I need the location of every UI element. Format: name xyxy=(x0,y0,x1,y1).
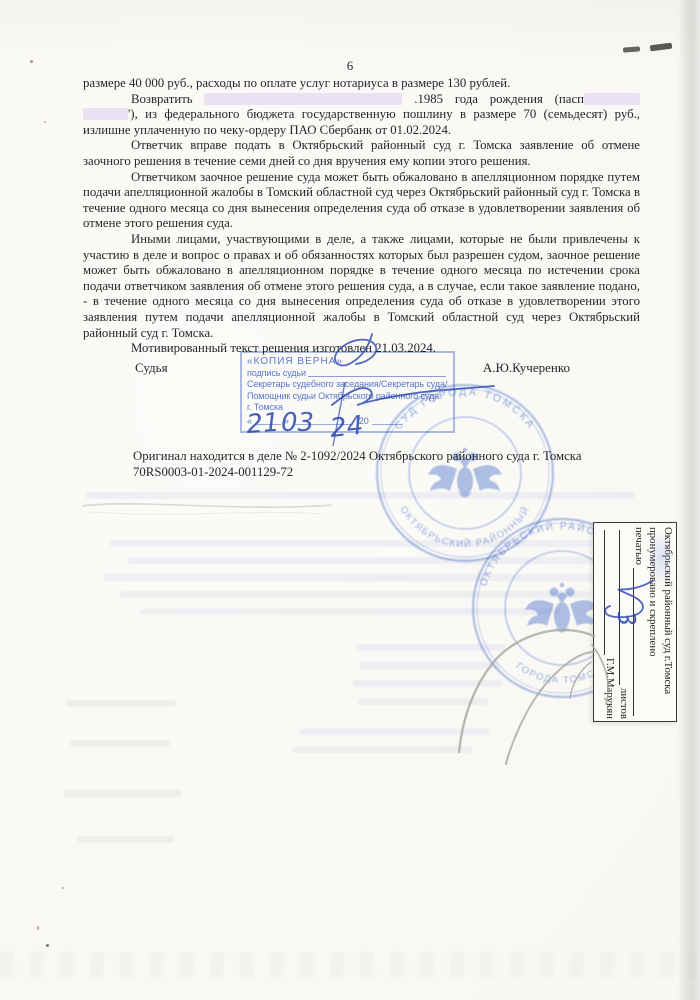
blank-line xyxy=(619,530,620,685)
binding-label-content: Октябрьский районный суд г.Томска пронум… xyxy=(594,523,678,723)
dust-speck xyxy=(44,121,46,123)
bleed-through-line xyxy=(292,746,472,753)
binding-label: Октябрьский районный суд г.Томска пронум… xyxy=(593,522,677,722)
scanner-edge-texture xyxy=(0,952,700,978)
page-number: 6 xyxy=(0,58,700,74)
double-headed-eagle-icon xyxy=(428,448,502,498)
paragraph-text: '), из федерального бюджета государствен… xyxy=(83,107,640,137)
decision-text-block: размере 40 000 руб., расходы по оплате у… xyxy=(83,76,640,357)
redaction-block xyxy=(83,108,128,120)
seal-arc-top-text: СУД ГОРОДА ТОМСКА xyxy=(392,386,537,432)
copy-stamp-title: «КОПИЯ ВЕРНА» xyxy=(247,356,448,368)
paragraph: Ответчик вправе подать в Октябрьский рай… xyxy=(83,138,640,169)
blank-line xyxy=(634,568,635,716)
month-line xyxy=(295,424,353,425)
paragraph-with-redactions: Возвратить .1985 года рождения (пасп '),… xyxy=(83,92,640,139)
paragraph: размере 40 000 руб., расходы по оплате у… xyxy=(83,76,640,92)
bleed-through-line xyxy=(78,836,174,843)
redaction-block xyxy=(584,93,640,105)
bleed-through-line xyxy=(66,700,176,707)
paragraph: Ответчиком заочное решение суда может бы… xyxy=(83,170,640,232)
ink-smudge-mark xyxy=(650,43,673,52)
signature-line xyxy=(308,376,446,377)
redaction-block xyxy=(204,93,402,105)
page-edge-shadow xyxy=(678,0,700,1000)
quote-open: « xyxy=(247,416,252,428)
paper-crease xyxy=(90,512,322,514)
quote-close: » xyxy=(284,416,289,428)
year-prefix: 20 xyxy=(359,416,369,428)
dust-speck xyxy=(46,944,49,947)
paragraph-text: Возвратить xyxy=(131,92,193,106)
judge-label: Судья xyxy=(135,360,168,375)
dust-speck xyxy=(62,887,64,889)
dust-speck xyxy=(30,60,33,63)
double-headed-eagle-icon xyxy=(525,583,599,633)
copy-stamp-signature-label: подпись судьи xyxy=(247,368,306,380)
label-seal-word: печатью xyxy=(632,527,647,565)
bleed-through-line xyxy=(64,790,182,797)
ink-smudge-mark xyxy=(623,46,640,52)
bleed-through-line xyxy=(300,728,490,735)
label-sheets-word: листов xyxy=(617,688,632,719)
scanned-court-document-page: 6 размере 40 000 руб., расходы по оплате… xyxy=(0,0,700,1000)
dust-speck xyxy=(37,926,39,930)
judge-name: А.Ю.Кучеренко xyxy=(483,360,570,376)
paper-crease xyxy=(82,504,332,507)
stamp-bleed-blob xyxy=(648,529,674,589)
paragraph: Иными лицами, участвующими в деле, а так… xyxy=(83,232,640,341)
day-line xyxy=(255,424,281,425)
svg-text:СУД ГОРОДА ТОМСКА: СУД ГОРОДА ТОМСКА xyxy=(392,386,537,432)
paragraph-text: .1985 года рождения (пасп xyxy=(414,92,584,106)
bleed-through-line xyxy=(70,740,170,747)
blank-line xyxy=(605,530,606,655)
label-signatory-name: Г.М.Марукян xyxy=(603,658,618,719)
